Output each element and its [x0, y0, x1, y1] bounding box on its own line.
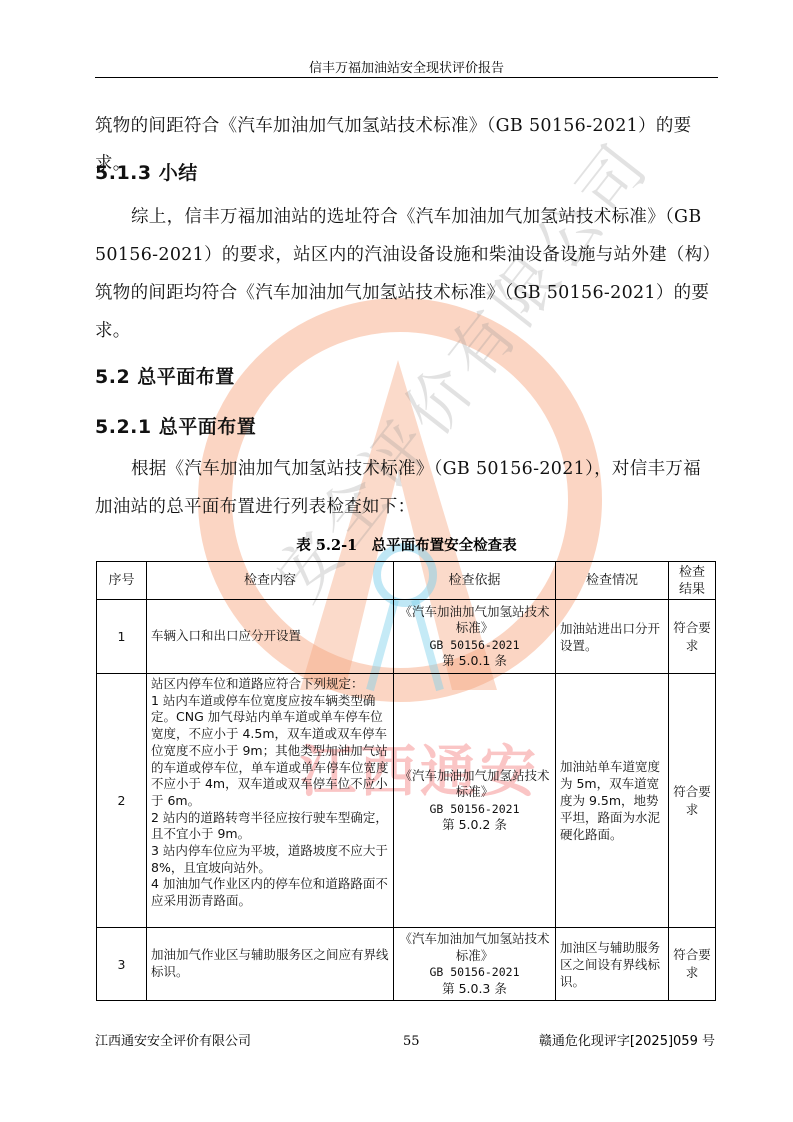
section-heading-5-2-1: 5.2.1 总平面布置	[95, 412, 256, 439]
row-number: 2	[97, 674, 147, 928]
basis-code: GB 50156-2021	[398, 801, 551, 818]
section-title: 总平面布置	[159, 416, 257, 438]
section-heading-5-1-3: 5.1.3 小结	[95, 158, 198, 185]
check-status: 加油站进出口分开设置。	[556, 600, 669, 674]
section-number: 5.2.1	[95, 416, 152, 438]
page-number: 55	[403, 1034, 420, 1049]
table-header-row: 序号 检查内容 检查依据 检查情况 检查结果	[97, 562, 716, 600]
table-row: 3 加油加气作业区与辅助服务区之间应有界线标识。 《汽车加油加气加氢站技术标准》…	[97, 928, 716, 1001]
safety-check-table: 序号 检查内容 检查依据 检查情况 检查结果 1 车辆入口和出口应分开设置 《汽…	[96, 561, 716, 1001]
check-content: 加油加气作业区与辅助服务区之间应有界线标识。	[147, 928, 394, 1001]
basis-standard: 《汽车加油加气加氢站技术标准》	[398, 768, 551, 801]
check-content: 站区内停车位和道路应符合下列规定： 1 站内车道或停车位宽度应按车辆类型确定。C…	[147, 674, 394, 928]
section-title: 总平面布置	[137, 366, 235, 388]
check-result: 符合要求	[669, 928, 716, 1001]
basis-standard: 《汽车加油加气加氢站技术标准》	[398, 931, 551, 964]
basis-standard: 《汽车加油加气加氢站技术标准》	[398, 604, 551, 637]
section-number: 5.1.3	[95, 162, 152, 184]
basis-clause: 第 5.0.3 条	[398, 981, 551, 998]
header-basis: 检查依据	[394, 562, 556, 600]
check-status: 加油区与辅助服务区之间设有界线标识。	[556, 928, 669, 1001]
row-number: 1	[97, 600, 147, 674]
summary-paragraph: 综上，信丰万福加油站的选址符合《汽车加油加气加氢站技术标准》（GB 50156-…	[95, 198, 718, 350]
section-heading-5-2: 5.2 总平面布置	[95, 362, 235, 389]
check-status: 加油站单车道宽度为 5m，双车道宽度为 9.5m，地势平坦，路面为水泥硬化路面。	[556, 674, 669, 928]
running-header: 信丰万福加油站安全现状评价报告	[95, 57, 718, 76]
check-basis: 《汽车加油加气加氢站技术标准》 GB 50156-2021 第 5.0.1 条	[394, 600, 556, 674]
basis-clause: 第 5.0.2 条	[398, 817, 551, 834]
row-number: 3	[97, 928, 147, 1001]
header-result: 检查结果	[669, 562, 716, 600]
section-title: 小结	[159, 162, 198, 184]
section-number: 5.2	[95, 366, 130, 388]
basis-code: GB 50156-2021	[398, 964, 551, 981]
header-status: 检查情况	[556, 562, 669, 600]
header-no: 序号	[97, 562, 147, 600]
check-content: 车辆入口和出口应分开设置	[147, 600, 394, 674]
footer-doc-number: 赣通危化现评字[2025]059 号	[539, 1030, 715, 1049]
table-row: 1 车辆入口和出口应分开设置 《汽车加油加气加氢站技术标准》 GB 50156-…	[97, 600, 716, 674]
check-result: 符合要求	[669, 600, 716, 674]
table-caption: 表 5.2-1 总平面布置安全检查表	[95, 534, 718, 555]
header-content: 检查内容	[147, 562, 394, 600]
document-page: 安全评价有限公司 江西通安 信丰万福加油站安全现状评价报告 筑物的间距符合《汽车…	[0, 0, 793, 1122]
intro-paragraph: 根据《汽车加油加气加氢站技术标准》（GB 50156-2021），对信丰万福加油…	[95, 450, 718, 526]
basis-clause: 第 5.0.1 条	[398, 653, 551, 670]
check-result: 符合要求	[669, 674, 716, 928]
footer-company: 江西通安安全评价有限公司	[95, 1030, 251, 1049]
table-row: 2 站区内停车位和道路应符合下列规定： 1 站内车道或停车位宽度应按车辆类型确定…	[97, 674, 716, 928]
basis-code: GB 50156-2021	[398, 637, 551, 654]
header-rule	[95, 77, 718, 78]
check-basis: 《汽车加油加气加氢站技术标准》 GB 50156-2021 第 5.0.3 条	[394, 928, 556, 1001]
check-basis: 《汽车加油加气加氢站技术标准》 GB 50156-2021 第 5.0.2 条	[394, 674, 556, 928]
